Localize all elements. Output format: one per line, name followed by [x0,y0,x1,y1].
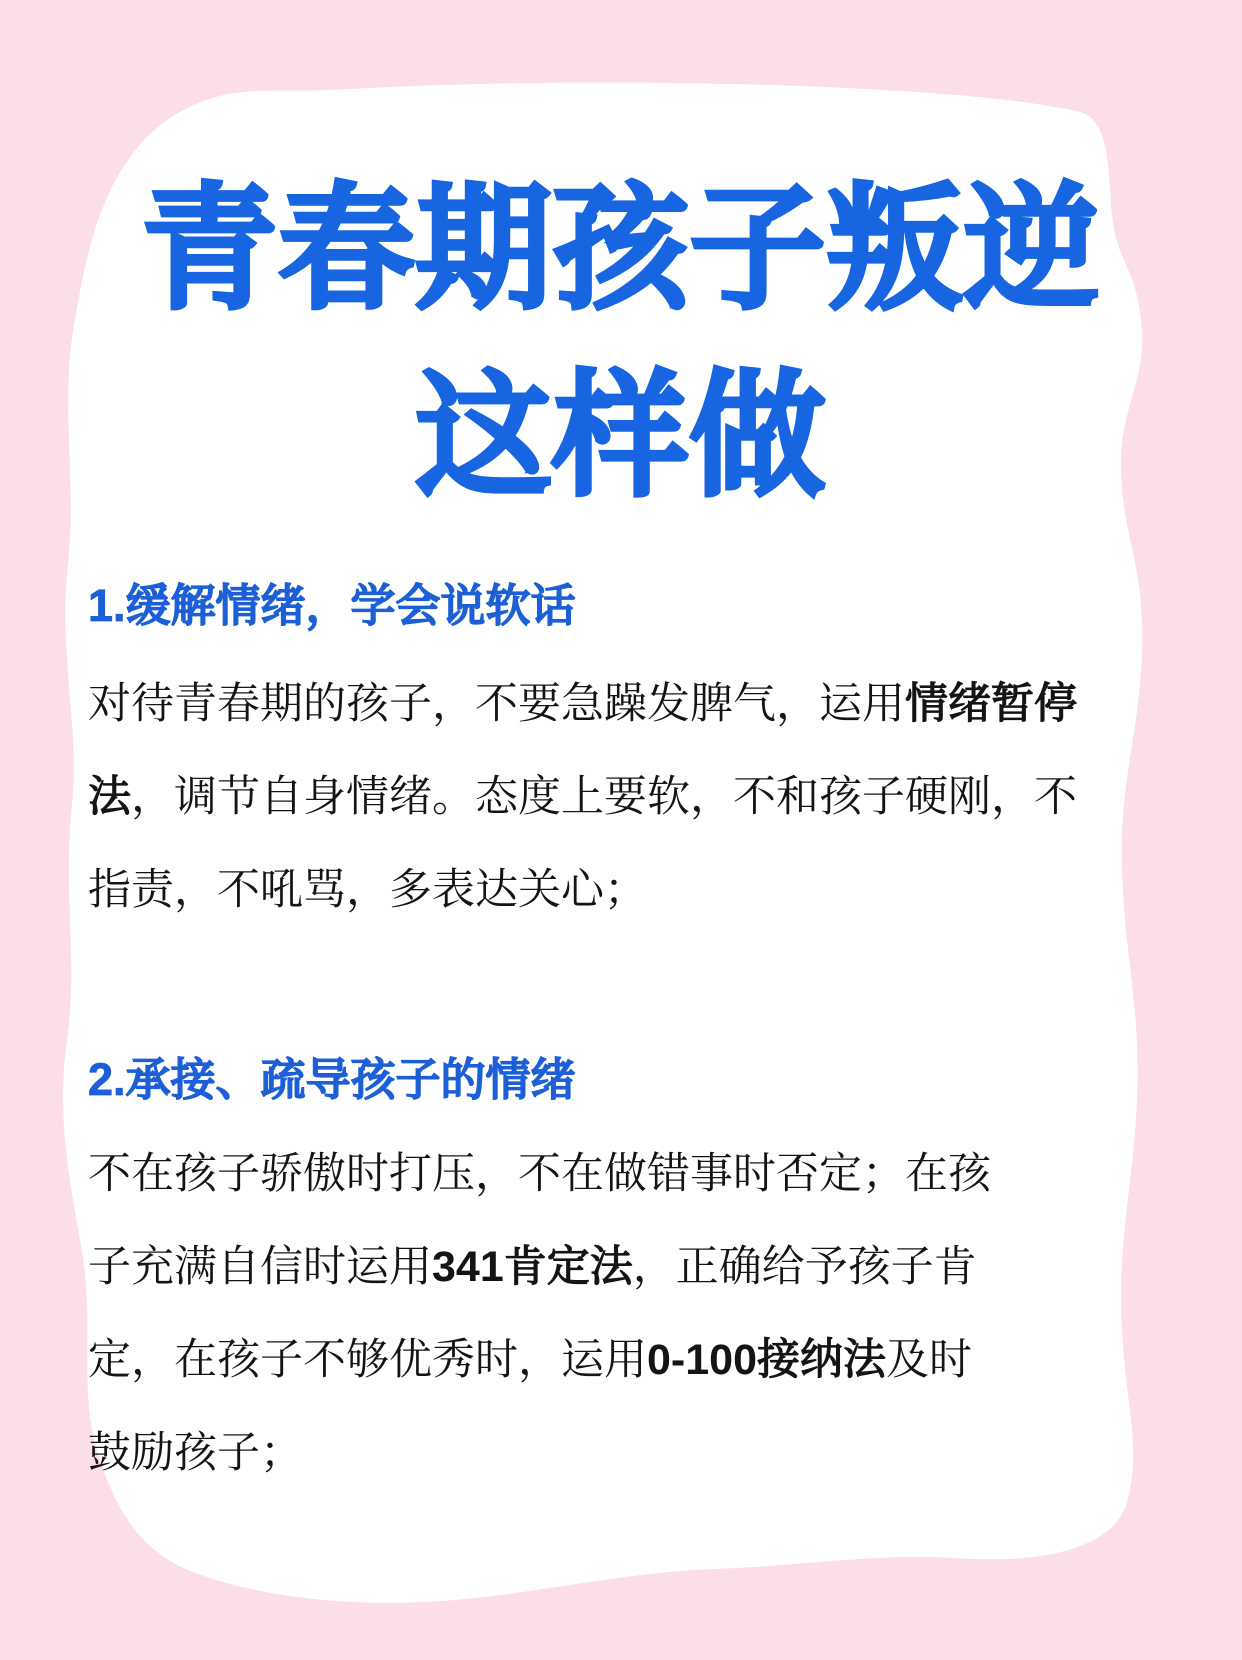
emphasis-text: 0-100接纳法 [647,1336,886,1384]
poster-title-line-1: 青春期孩子叛逆 [0,156,1242,343]
body-text: 对待青春期的孩子，不要急躁发脾气，运用 [88,680,905,728]
section-2-heading: 2.承接、疏导孩子的情绪 [88,1050,576,1110]
emphasis-text: 341肯定法 [432,1243,633,1291]
poster: 青春期孩子叛逆 这样做 1.缓解情绪，学会说软话 对待青春期的孩子，不要急躁发脾… [0,0,1242,1660]
poster-title-line-2: 这样做 [0,343,1242,530]
poster-title: 青春期孩子叛逆 这样做 [0,156,1242,530]
section-1-paragraph: 对待青春期的孩子，不要急躁发脾气，运用情绪暂停 法，调节自身情绪。态度上要软，不… [88,658,1108,937]
body-text: ，调节自身情绪。态度上要软，不和孩子硬刚，不 指责，不吼骂，多表达关心； [88,773,1077,914]
section-1-heading: 1.缓解情绪，学会说软话 [88,576,576,636]
section-2-paragraph: 不在孩子骄傲时打压，不在做错事时否定；在孩 子充满自信时运用341肯定法，正确给… [88,1128,1108,1500]
